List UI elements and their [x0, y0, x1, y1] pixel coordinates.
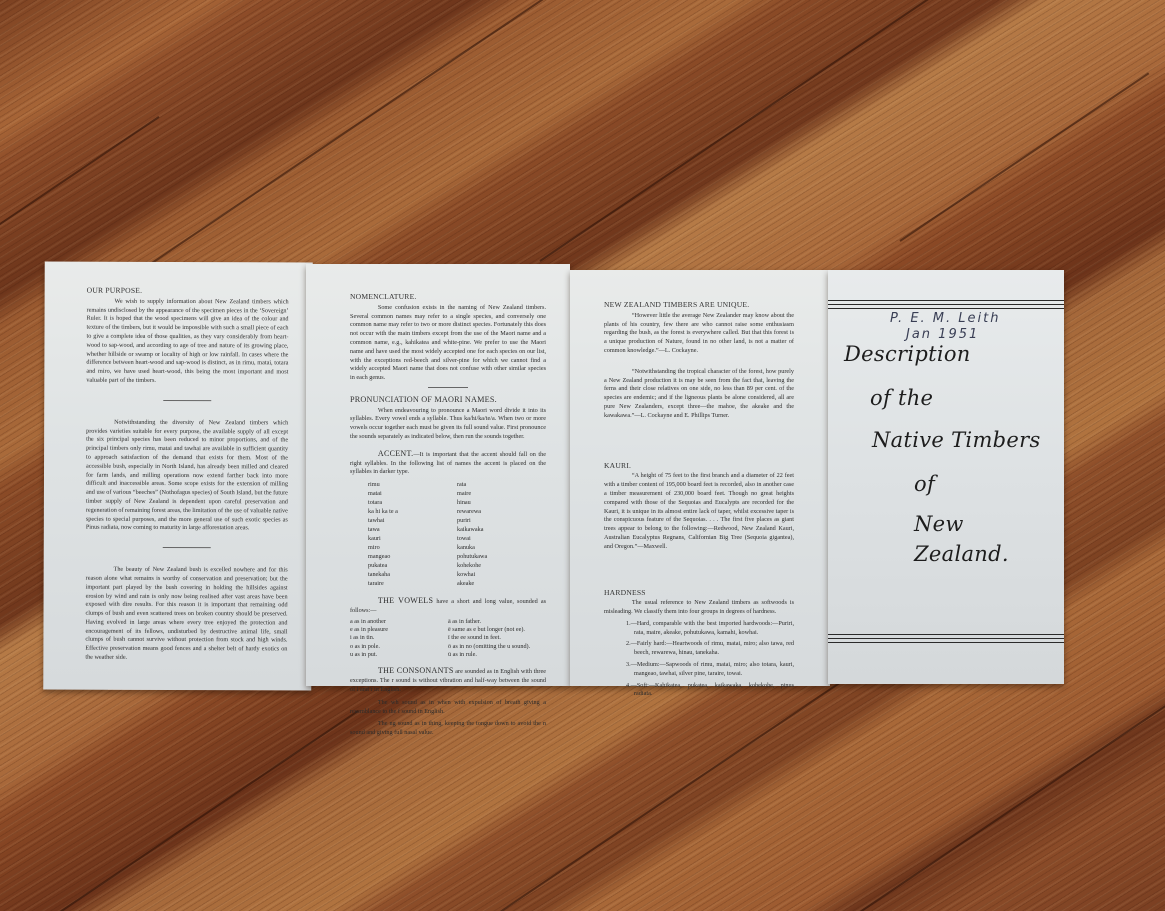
vowels-table: a as in another e as in pleasure i as in…	[350, 618, 546, 660]
hardness-group-fairly-hard: 2.—Fairly hard:—Heartwoods of rimu, mata…	[626, 640, 794, 658]
vowel-entry: ī the ee sound in feet.	[448, 634, 546, 642]
floor-plank-seam	[59, 710, 359, 911]
maori-name: totara	[368, 499, 457, 508]
hardness-group-soft: 4.—Soft:—Kahikatea, pukatea, kaikawaka, …	[626, 682, 794, 700]
maori-name: miro	[368, 544, 457, 553]
floor-plank-seam	[499, 676, 848, 911]
cover-title-line-3: Native Timbers	[872, 426, 1041, 456]
floor-plank-seam	[0, 116, 160, 252]
nomenclature-paragraph: Some confusion exists in the naming of N…	[350, 304, 546, 383]
consonants-label: THE CONSONANTS	[378, 666, 454, 675]
maori-name: puriri	[457, 517, 546, 526]
maori-name: tanekaha	[368, 571, 457, 580]
hardness-groups-list: 1.—Hard, comparable with the best import…	[604, 620, 794, 699]
hardness-group-medium: 3.—Medium:—Sapwoods of rimu, matai, miro…	[626, 661, 794, 679]
vowels-label: THE VOWELS	[378, 596, 433, 605]
maori-name: kaikawaka	[457, 526, 546, 535]
heading-our-purpose: OUR PURPOSE.	[87, 286, 289, 297]
vowel-entry: ō as in no (omitting the u sound).	[448, 643, 546, 651]
maori-name: pukatea	[368, 562, 457, 571]
floor-plank-seam	[139, 0, 571, 272]
maori-name: kohekohe	[457, 562, 546, 571]
vowel-entry: u as in put.	[350, 651, 448, 659]
heading-kauri: KAURI.	[604, 461, 794, 472]
maori-name: matai	[368, 490, 457, 499]
long-vowels-column: ā as in father. ē same as e but longer (…	[448, 618, 546, 660]
maori-names-list: rimu matai totara ka hi ka te a tawhai t…	[350, 481, 546, 589]
consonants-paragraph: THE CONSONANTS are sounded as in English…	[350, 665, 546, 694]
supply-paragraph: Notwithstanding the diversity of New Zea…	[86, 418, 288, 533]
purpose-paragraph: We wish to supply information about New …	[86, 297, 288, 386]
heading-pronunciation: PRONUNCIATION OF MAORI NAMES.	[350, 394, 546, 406]
maori-name: rimu	[368, 481, 457, 490]
maori-name: kowhai	[457, 571, 546, 580]
maori-name: ka hi ka te a	[368, 508, 457, 517]
heading-hardness: HARDNESS	[604, 588, 794, 599]
maori-name: maire	[457, 490, 546, 499]
vowel-entry: ē same as e but longer (not ee).	[448, 626, 546, 634]
names-column-left: rimu matai totara ka hi ka te a tawhai t…	[368, 481, 457, 589]
maori-name: pohutukawa	[457, 553, 546, 562]
maori-name: tawa	[368, 526, 457, 535]
floor-plank-seam	[539, 0, 971, 262]
maori-name: towai	[457, 535, 546, 544]
floor-plank-seam	[899, 72, 1149, 241]
maori-name: rata	[457, 481, 546, 490]
short-vowels-column: a as in another e as in pleasure i as in…	[350, 618, 448, 660]
cover-title-line-1: Description	[844, 340, 971, 370]
section-divider	[428, 387, 468, 388]
accent-label: ACCENT.	[378, 449, 414, 458]
maori-name: kauri	[368, 535, 457, 544]
floor-plank-seam	[859, 676, 1165, 911]
section-divider	[163, 547, 211, 548]
cockayne-turner-quote: “Notwithstanding the tropical character …	[604, 368, 794, 421]
vowel-entry: a as in another	[350, 618, 448, 626]
leaflet-panel-nomenclature: NOMENCLATURE. Some confusion exists in t…	[306, 264, 570, 686]
hardness-group-hard: 1.—Hard, comparable with the best import…	[626, 620, 794, 638]
maori-name: hinau	[457, 499, 546, 508]
section-divider	[163, 400, 211, 401]
maori-name: akeake	[457, 580, 546, 589]
cover-bottom-rules	[828, 634, 1064, 645]
heading-nomenclature: NOMENCLATURE.	[350, 292, 546, 303]
accent-paragraph: ACCENT.—It is important that the accent …	[350, 448, 546, 477]
maori-name: mangeao	[368, 553, 457, 562]
maori-name: rewarewa	[457, 508, 546, 517]
cover-title-line-5: New Zealand.	[914, 510, 1064, 570]
maori-name: tawhai	[368, 517, 457, 526]
vowel-entry: ā as in father.	[448, 618, 546, 626]
cockayne-quote: “However little the average New Zealande…	[604, 312, 794, 356]
maori-name: taraire	[368, 580, 457, 589]
cover-title-line-4: of	[914, 470, 935, 500]
bush-beauty-paragraph: The beauty of New Zealand bush is excell…	[85, 566, 287, 663]
cover-title-line-2: of the	[870, 384, 933, 414]
kauri-quote: “A height of 75 feet to the first branch…	[604, 472, 794, 551]
wh-sound-paragraph: The wh sound as in when with expulsion o…	[350, 699, 546, 717]
pronunciation-paragraph: When endeavouring to pronounce a Maori w…	[350, 407, 546, 442]
leaflet-panel-unique-timbers: NEW ZEALAND TIMBERS ARE UNIQUE. “However…	[570, 270, 830, 686]
ng-sound-paragraph: The ng sound as in thing, keeping the to…	[350, 720, 546, 738]
vowel-entry: e as in pleasure	[350, 626, 448, 634]
vowel-entry: ū as in rule.	[448, 651, 546, 659]
vowel-entry: o as in pole.	[350, 643, 448, 651]
heading-timbers-unique: NEW ZEALAND TIMBERS ARE UNIQUE.	[604, 300, 794, 311]
hardness-paragraph: The usual reference to New Zealand timbe…	[604, 599, 794, 617]
names-column-right: rata maire hinau rewarewa puriri kaikawa…	[457, 481, 546, 589]
vowels-paragraph: THE VOWELS have a short and long value, …	[350, 595, 546, 616]
vowel-entry: i as in tin.	[350, 634, 448, 642]
leaflet-cover-panel: P. E. M. Leith Jan 1951 Description of t…	[828, 270, 1064, 684]
maori-name: kanuka	[457, 544, 546, 553]
leaflet-panel-our-purpose: OUR PURPOSE. We wish to supply informati…	[43, 262, 312, 691]
